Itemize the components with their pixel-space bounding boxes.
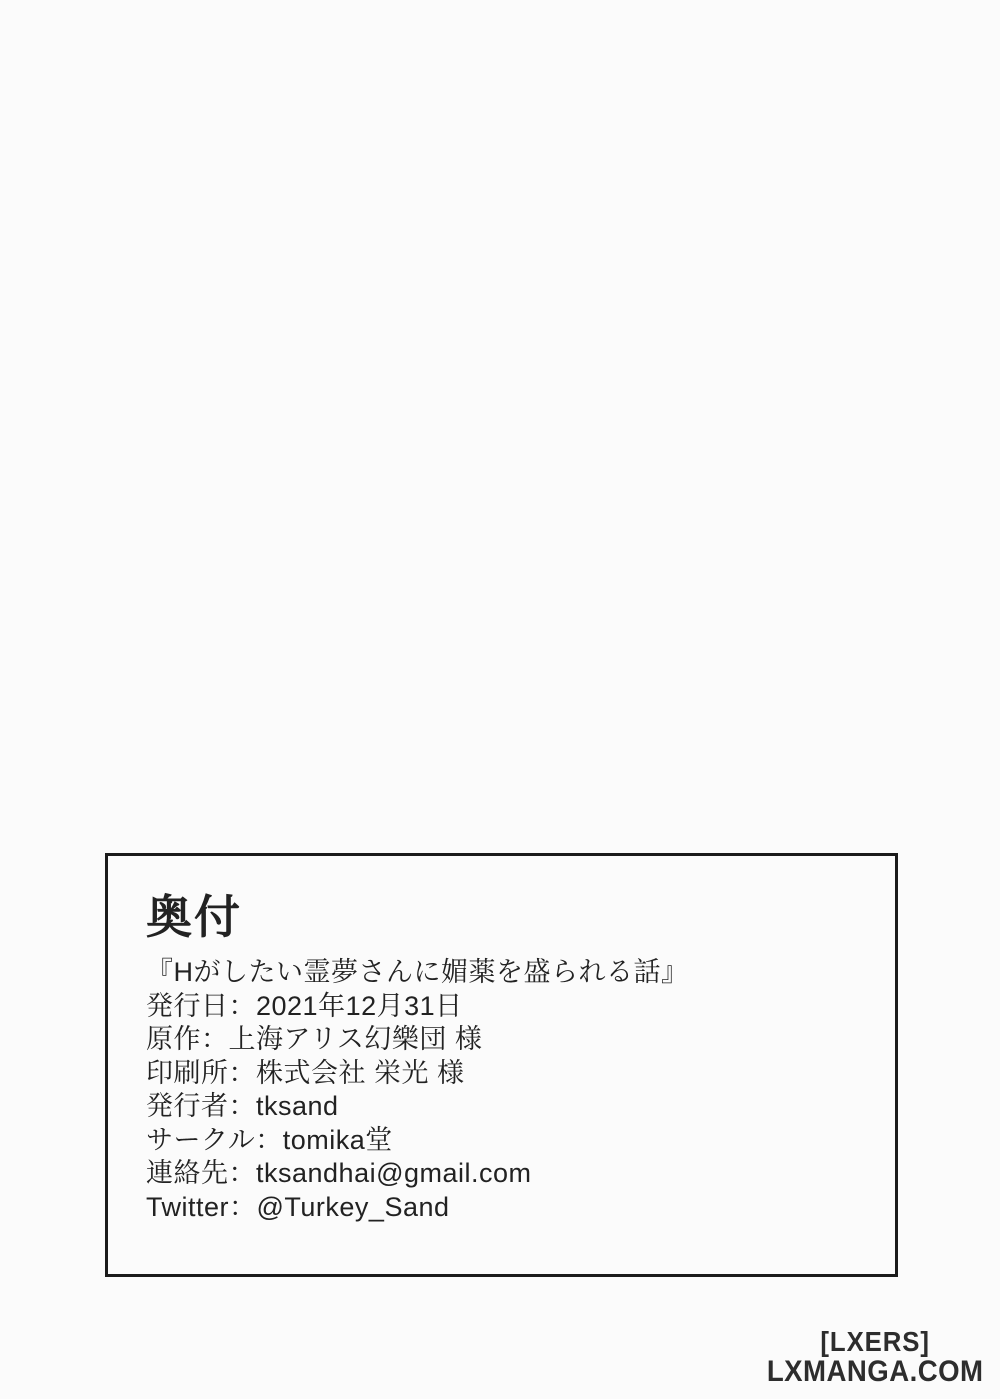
watermark-domain: LXMANGA.COM xyxy=(766,1356,983,1387)
colophon-line-printer: 印刷所：株式会社 栄光 様 xyxy=(146,1057,865,1091)
colophon-heading: 奥付 xyxy=(146,894,865,940)
colophon-line-issue-date: 発行日：2021年12月31日 xyxy=(146,990,865,1024)
colophon-line-contact: 連絡先：tksandhai@gmail.com xyxy=(146,1157,865,1191)
colophon-line-publisher: 発行者：tksand xyxy=(146,1090,865,1124)
site-watermark: [LXERS] LXMANGA.COM xyxy=(766,1327,983,1387)
colophon-line-title: 『Hがしたい霊夢さんに媚薬を盛られる話』 xyxy=(146,956,865,990)
colophon-line-original: 原作：上海アリス幻樂団 様 xyxy=(146,1023,865,1057)
colophon-content: 奥付 『Hがしたい霊夢さんに媚薬を盛られる話』 発行日：2021年12月31日 … xyxy=(108,856,895,1224)
colophon-box: 奥付 『Hがしたい霊夢さんに媚薬を盛られる話』 発行日：2021年12月31日 … xyxy=(105,853,898,1277)
colophon-line-twitter: Twitter：@Turkey_Sand xyxy=(146,1191,865,1225)
colophon-lines: 『Hがしたい霊夢さんに媚薬を盛られる話』 発行日：2021年12月31日 原作：… xyxy=(146,956,865,1224)
scan-page: 奥付 『Hがしたい霊夢さんに媚薬を盛られる話』 発行日：2021年12月31日 … xyxy=(0,0,1000,1399)
colophon-line-circle: サークル：tomika堂 xyxy=(146,1124,865,1158)
watermark-tag: [LXERS] xyxy=(766,1327,983,1356)
